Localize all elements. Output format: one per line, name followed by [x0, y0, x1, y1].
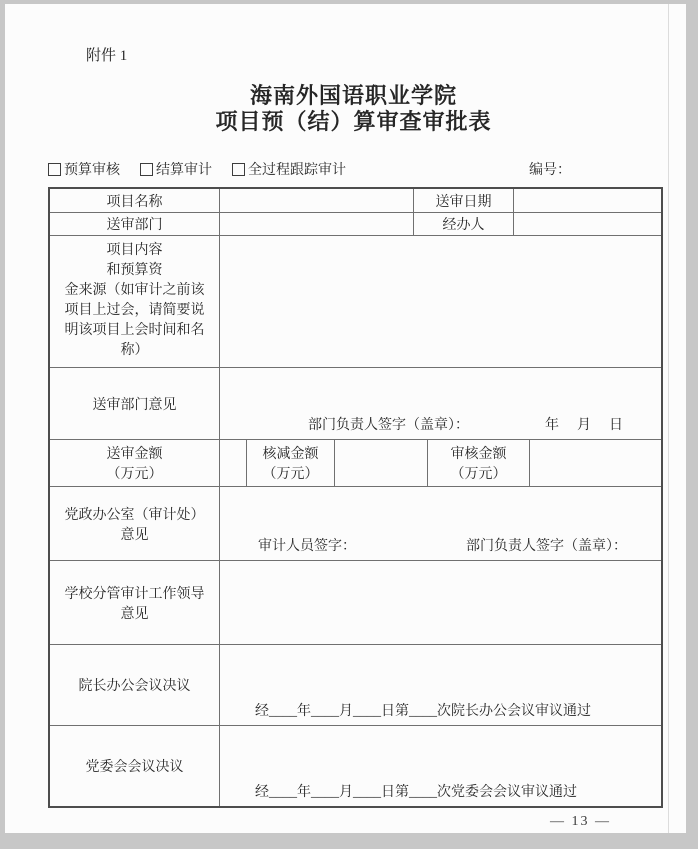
checkbox-settlement-audit: 结算审计 — [140, 159, 212, 179]
row-dept-opinion: 送审部门意见 部门负责人签字（盖章）： 年 月 日 — [50, 368, 661, 440]
submit-date-value — [514, 189, 661, 212]
handler-value — [514, 213, 661, 235]
row-party-meeting: 党委会会议决议 经____年____月____日第____次党委会会议审议通过 — [50, 726, 661, 806]
audit-office-label: 党政办公室（审计处） 意见 — [50, 487, 220, 560]
checkbox-budget-review: 预算审核 — [48, 159, 120, 179]
row-project-content: 项目内容 和预算资 金来源（如审计之前该 项目上过会，请简要说 明该项目上会时间… — [50, 236, 661, 368]
review-type-row: 预算审核 结算审计 全过程跟踪审计 编号： — [48, 159, 663, 179]
checkbox-label: 预算审核 — [64, 159, 120, 179]
approval-form-table: 项目名称 送审日期 送审部门 经办人 项目内容 和预算资 金来源（如审计之前该 … — [48, 187, 663, 808]
school-leader-label: 学校分管审计工作领导 意见 — [50, 561, 220, 644]
president-meeting-note-line: 经____年____月____日第____次院长办公会议审议通过 — [220, 700, 661, 725]
checkbox-icon — [140, 163, 153, 176]
dept-head-signature-label: 部门负责人签字（盖章）： — [466, 535, 627, 555]
school-leader-area — [220, 561, 661, 644]
attachment-label: 附件 1 — [86, 44, 686, 65]
dept-opinion-sign-line: 部门负责人签字（盖章）： 年 月 日 — [220, 414, 661, 439]
submitted-amount-label: 送审金额 （万元） — [50, 440, 220, 486]
submit-dept-label: 送审部门 — [50, 213, 220, 235]
submitted-amount-value — [220, 440, 247, 486]
submit-date-label: 送审日期 — [414, 189, 514, 212]
party-meeting-label: 党委会会议决议 — [50, 726, 220, 806]
checkbox-label: 结算审计 — [156, 159, 212, 179]
party-meeting-note: 经____年____月____日第____次党委会会议审议通过 — [255, 781, 577, 801]
approved-amount-label: 审核金额 （万元） — [428, 440, 530, 486]
auditor-signature-label: 审计人员签字： — [258, 535, 356, 555]
row-audit-office-opinion: 党政办公室（审计处） 意见 审计人员签字： 部门负责人签字（盖章）： — [50, 487, 661, 561]
row-amounts: 送审金额 （万元） 核减金额 （万元） 审核金额 （万元） — [50, 440, 661, 487]
row-submit-department: 送审部门 经办人 — [50, 213, 661, 236]
day-label: 日 — [609, 414, 623, 434]
checkbox-label: 全过程跟踪审计 — [248, 159, 346, 179]
audit-office-area: 审计人员签字： 部门负责人签字（盖章）： — [220, 487, 661, 560]
checkbox-whole-process-audit: 全过程跟踪审计 — [232, 159, 346, 179]
checkbox-icon — [48, 163, 61, 176]
scanned-document-page: 附件 1 海南外国语职业学院 项目预（结）算审查审批表 预算审核 结算审计 全过… — [5, 4, 686, 833]
document-number-label: 编号： — [529, 159, 571, 179]
president-meeting-label: 院长办公会议决议 — [50, 645, 220, 725]
row-project-name: 项目名称 送审日期 — [50, 189, 661, 213]
page-title: 海南外国语职业学院 项目预（结）算审查审批表 — [44, 83, 663, 135]
approved-amount-value — [530, 440, 661, 486]
paper-edge-line — [668, 4, 669, 833]
party-meeting-note-line: 经____年____月____日第____次党委会会议审议通过 — [220, 781, 661, 806]
project-name-value — [220, 189, 414, 212]
page-number: — 13 — — [48, 814, 663, 830]
month-label: 月 — [577, 414, 591, 434]
year-label: 年 — [545, 414, 559, 434]
dept-opinion-area: 部门负责人签字（盖章）： 年 月 日 — [220, 368, 661, 439]
submit-dept-value — [220, 213, 414, 235]
party-meeting-area: 经____年____月____日第____次党委会会议审议通过 — [220, 726, 661, 806]
project-name-label: 项目名称 — [50, 189, 220, 212]
reduced-amount-label: 核减金额 （万元） — [247, 440, 335, 486]
title-line-1: 海南外国语职业学院 — [44, 83, 663, 109]
project-content-value — [220, 236, 661, 367]
row-president-meeting: 院长办公会议决议 经____年____月____日第____次院长办公会议审议通… — [50, 645, 661, 726]
handler-label: 经办人 — [414, 213, 514, 235]
title-line-2: 项目预（结）算审查审批表 — [44, 109, 663, 135]
row-school-leader-opinion: 学校分管审计工作领导 意见 — [50, 561, 661, 645]
president-meeting-note: 经____年____月____日第____次院长办公会议审议通过 — [255, 700, 591, 720]
dept-head-signature-label: 部门负责人签字（盖章）： — [308, 414, 469, 434]
president-meeting-area: 经____年____月____日第____次院长办公会议审议通过 — [220, 645, 661, 725]
reduced-amount-value — [335, 440, 428, 486]
dept-opinion-label: 送审部门意见 — [50, 368, 220, 439]
checkbox-icon — [232, 163, 245, 176]
audit-office-sign-line: 审计人员签字： 部门负责人签字（盖章）： — [220, 535, 661, 560]
project-content-label: 项目内容 和预算资 金来源（如审计之前该 项目上过会，请简要说 明该项目上会时间… — [50, 236, 220, 367]
date-blank-group: 年 月 日 — [545, 414, 641, 434]
